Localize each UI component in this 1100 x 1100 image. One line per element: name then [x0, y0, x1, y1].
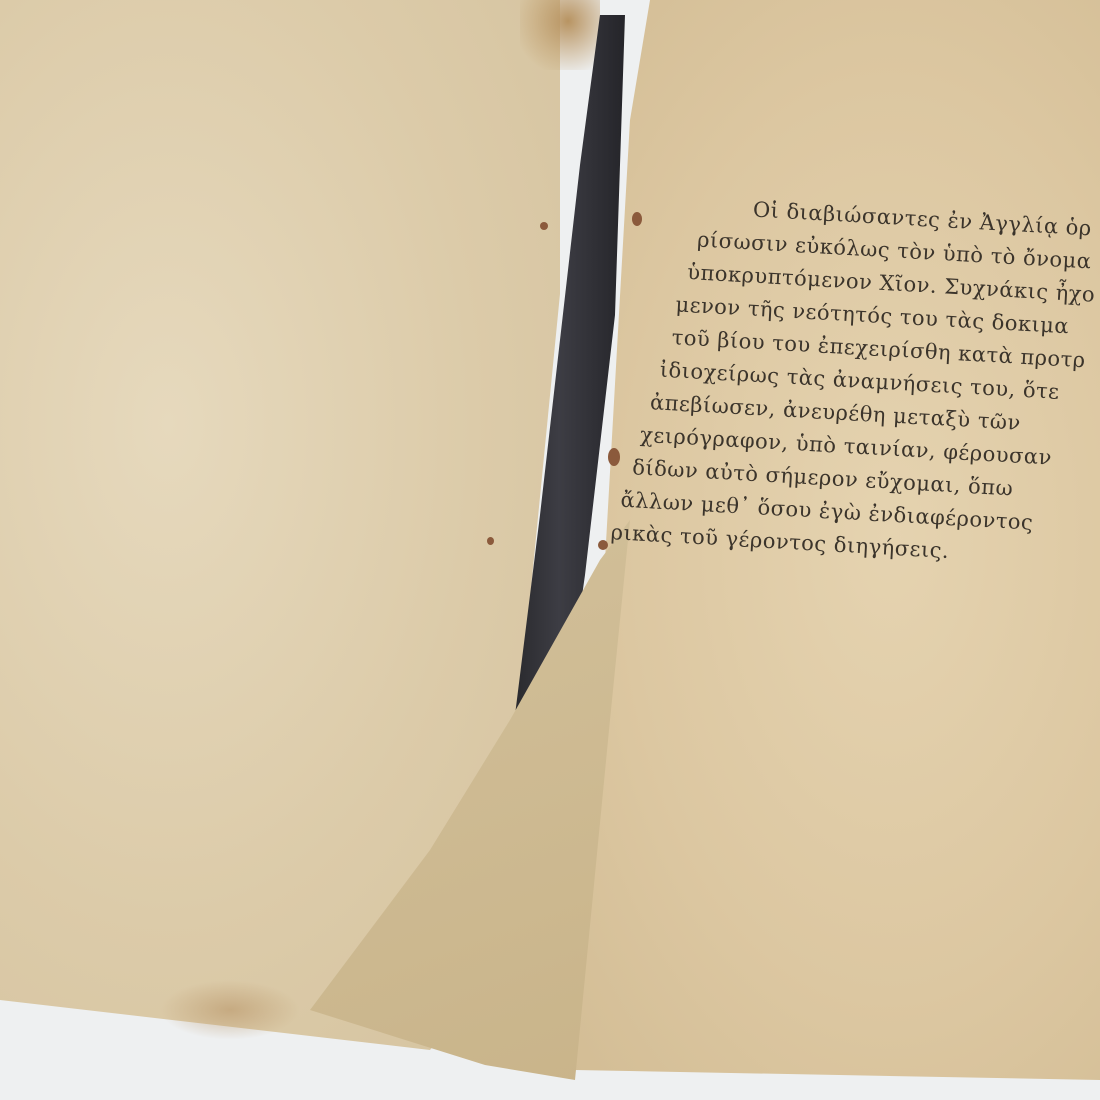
foxing-spot: [598, 540, 608, 550]
foxing-spot: [540, 222, 548, 230]
foxing-spot: [608, 448, 620, 466]
foxing-spot: [487, 537, 494, 545]
stain: [160, 980, 300, 1040]
photo-scene: Οἱ διαβιώσαντες ἐν Ἀγγλίᾳ ὁρ ρίσωσιν εὐκ…: [0, 0, 1100, 1100]
greek-text-paragraph: Οἱ διαβιώσαντες ἐν Ἀγγλίᾳ ὁρ ρίσωσιν εὐκ…: [670, 190, 1100, 576]
foxing-spot: [632, 212, 642, 226]
stain: [520, 0, 600, 70]
